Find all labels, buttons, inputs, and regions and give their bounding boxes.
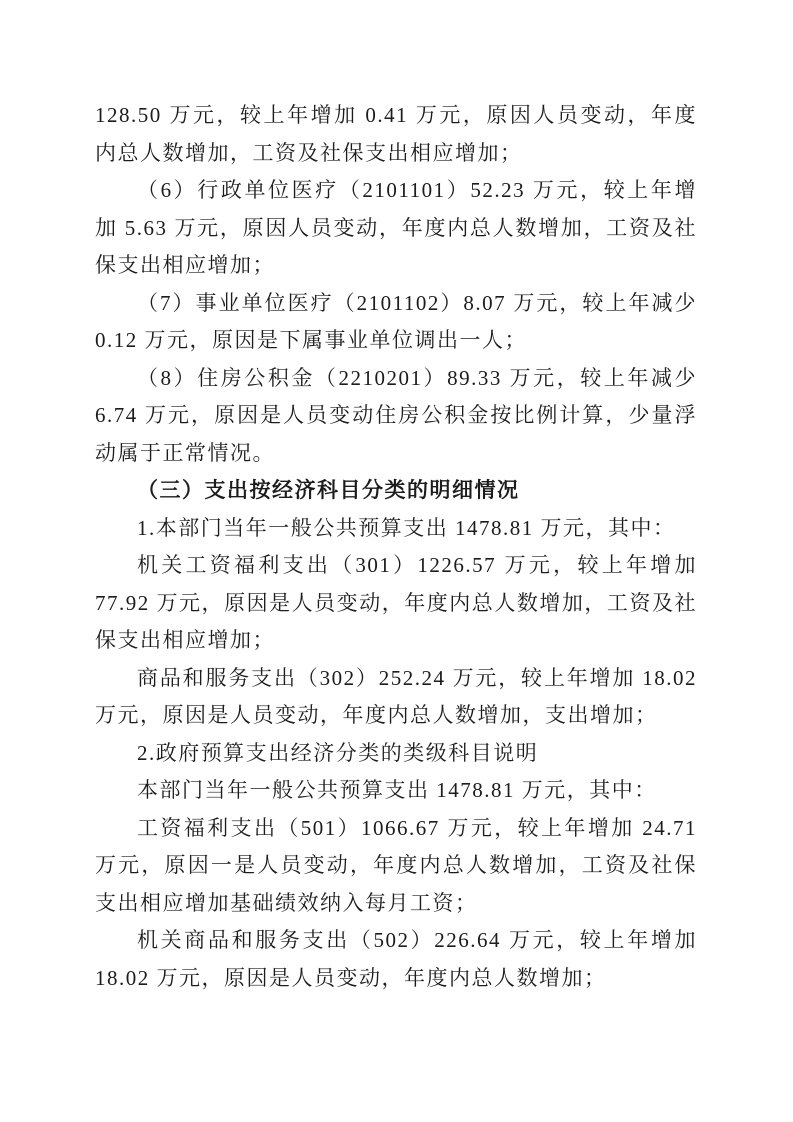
paragraph: 机关商品和服务支出（502）226.64 万元，较上年增加 18.02 万元，原…: [95, 922, 697, 997]
document-body: 128.50 万元，较上年增加 0.41 万元，原因人员变动，年度内总人数增加，…: [95, 97, 697, 997]
paragraph: 本部门当年一般公共预算支出 1478.81 万元，其中：: [95, 772, 697, 810]
document-page: 128.50 万元，较上年增加 0.41 万元，原因人员变动，年度内总人数增加，…: [0, 0, 793, 1122]
paragraph: （6）行政单位医疗（2101101）52.23 万元，较上年增加 5.63 万元…: [95, 172, 697, 285]
paragraph: 机关工资福利支出（301）1226.57 万元，较上年增加 77.92 万元，原…: [95, 547, 697, 660]
paragraph: 2.政府预算支出经济分类的类级科目说明: [95, 735, 697, 773]
paragraph: 商品和服务支出（302）252.24 万元，较上年增加 18.02 万元，原因是…: [95, 660, 697, 735]
paragraph: 1.本部门当年一般公共预算支出 1478.81 万元，其中：: [95, 510, 697, 548]
paragraph: 工资福利支出（501）1066.67 万元，较上年增加 24.71 万元，原因一…: [95, 810, 697, 923]
section-heading: （三）支出按经济科目分类的明细情况: [95, 472, 697, 510]
paragraph: （7）事业单位医疗（2101102）8.07 万元，较上年减少 0.12 万元，…: [95, 285, 697, 360]
paragraph: 128.50 万元，较上年增加 0.41 万元，原因人员变动，年度内总人数增加，…: [95, 97, 697, 172]
paragraph: （8）住房公积金（2210201）89.33 万元，较上年减少 6.74 万元，…: [95, 360, 697, 473]
